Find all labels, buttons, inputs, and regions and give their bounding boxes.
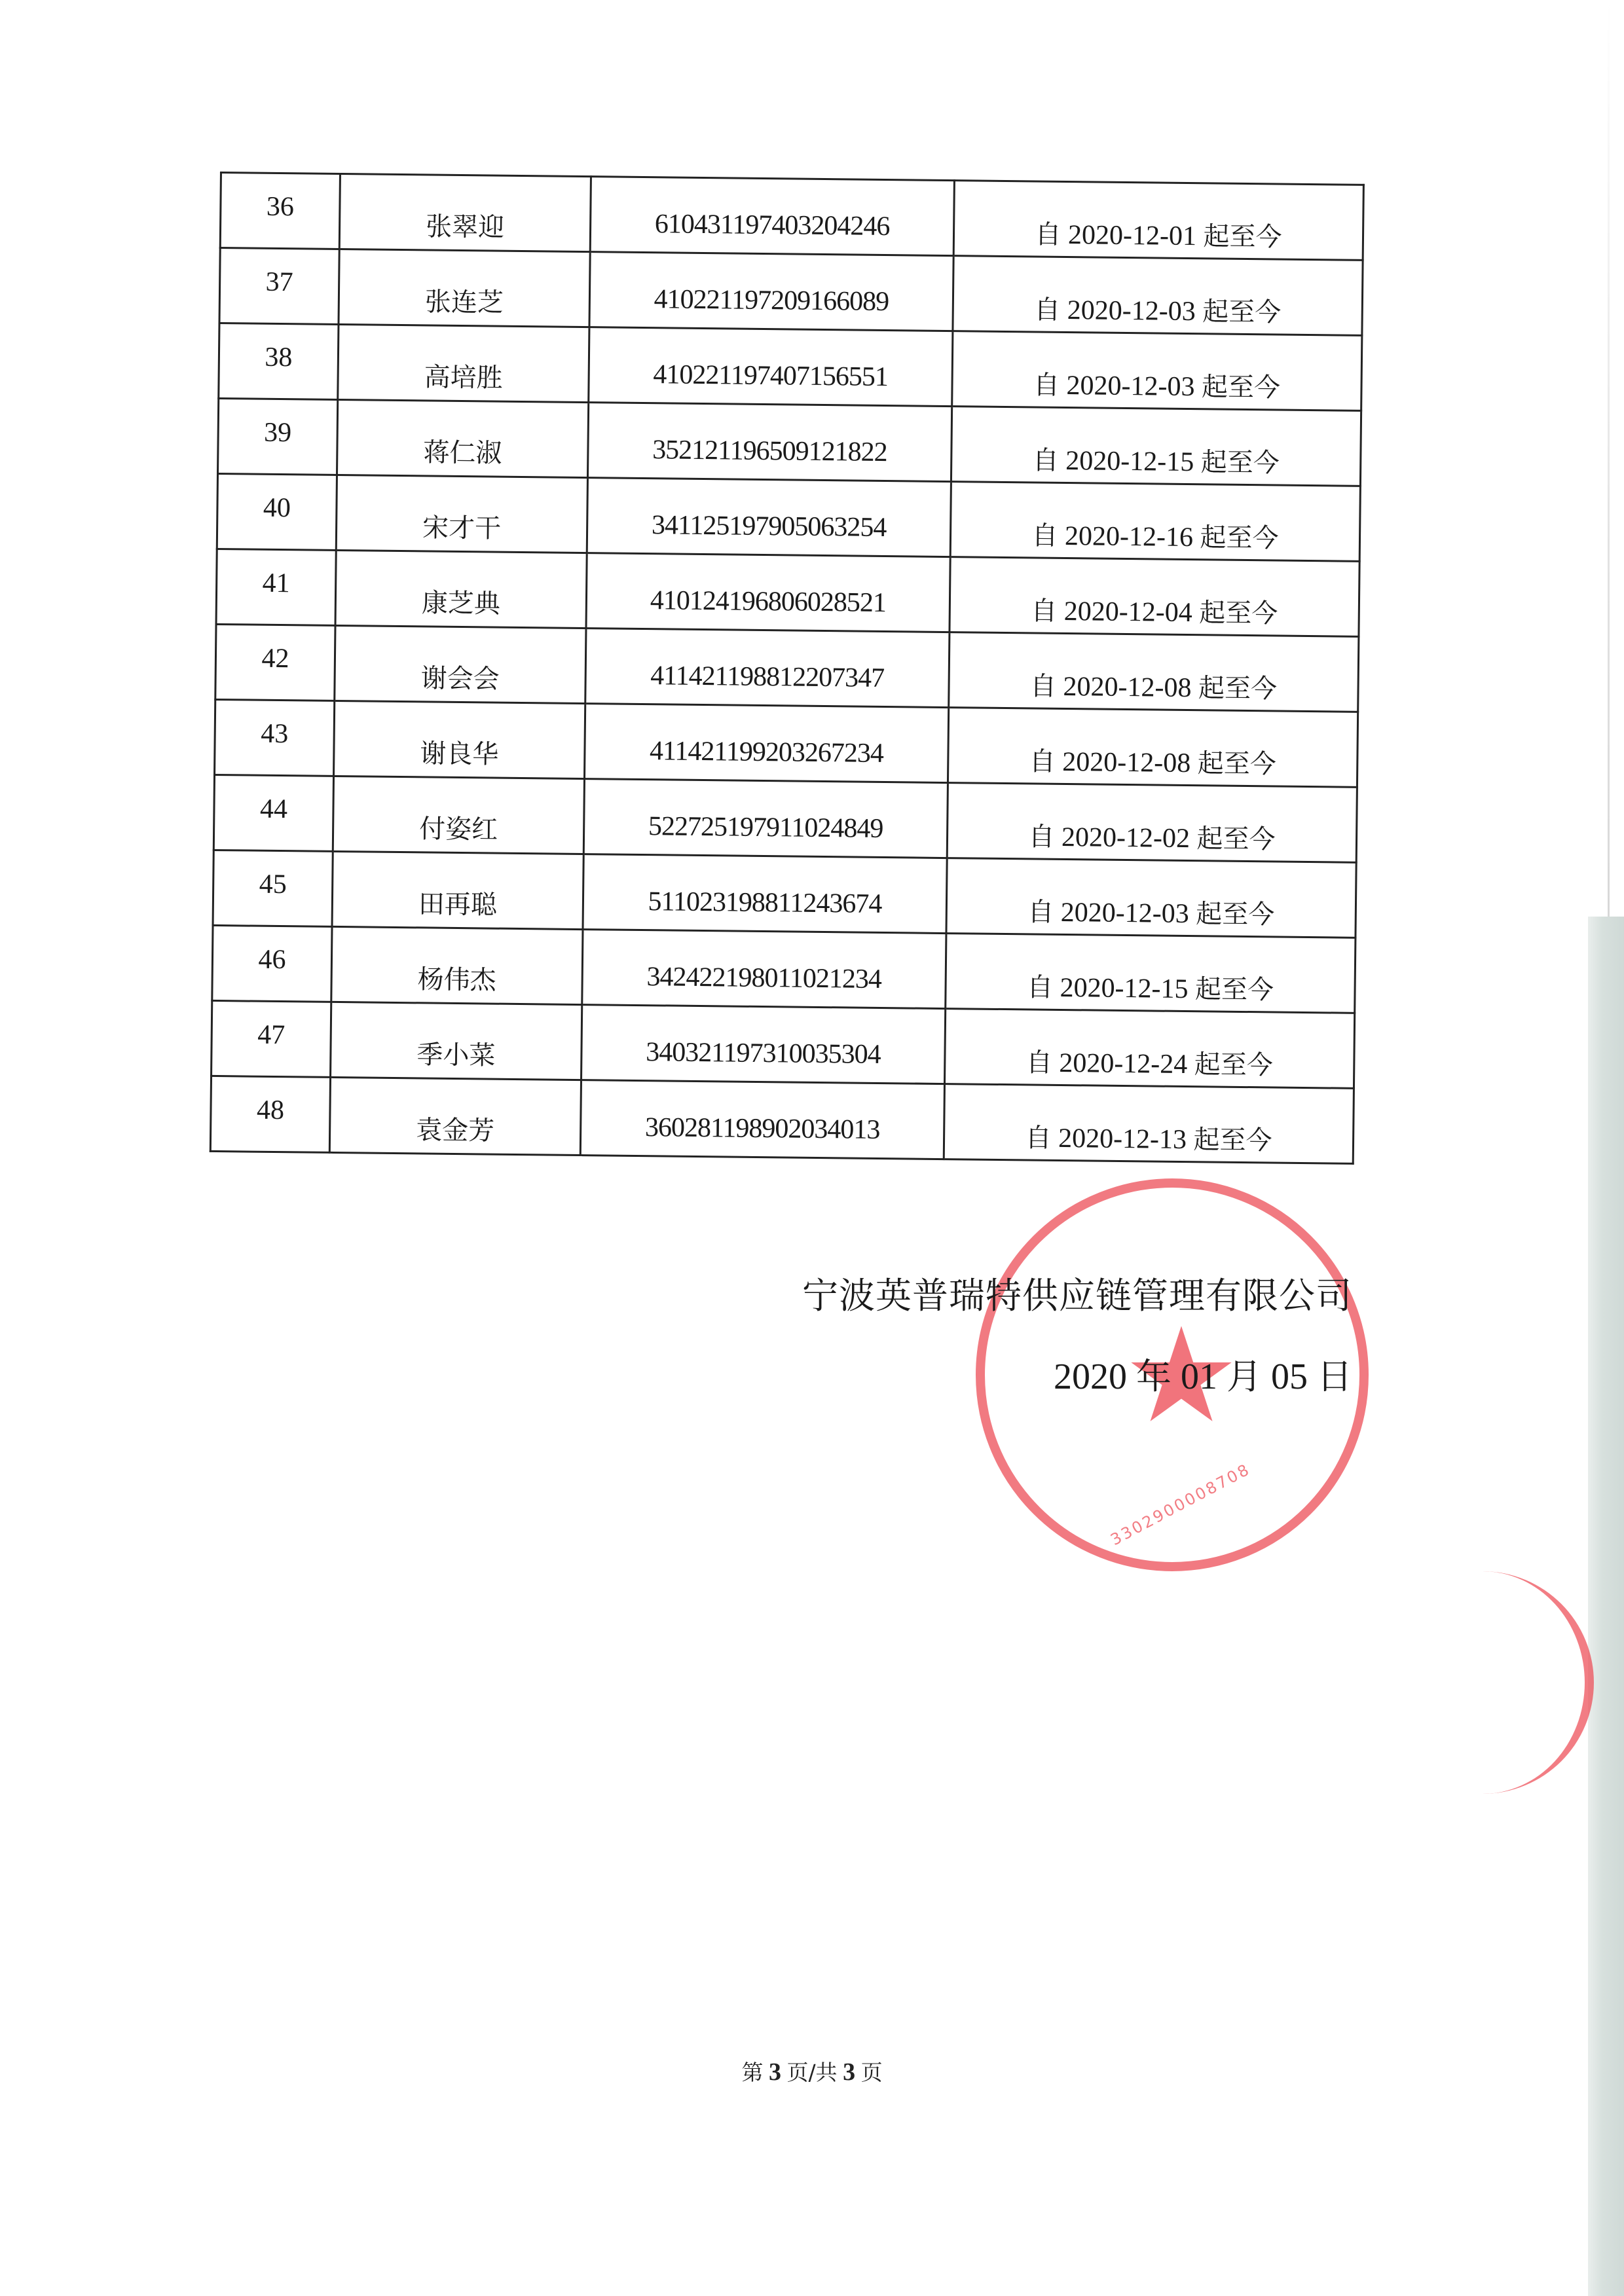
since-prefix: 自 (1030, 671, 1056, 701)
row-index: 37 (221, 266, 339, 299)
footer-suffix: 页 (861, 2060, 883, 2085)
employee-name: 田再聪 (333, 883, 583, 922)
since-suffix: 起至今 (1198, 748, 1276, 779)
since-prefix: 自 (1029, 746, 1056, 776)
since-suffix: 起至今 (1193, 1125, 1272, 1156)
id-number: 340321197310035304 (582, 1036, 944, 1071)
since-date: 2020-12-08 (1062, 747, 1190, 778)
since-suffix: 起至今 (1194, 1049, 1273, 1080)
since-date: 2020-12-02 (1061, 822, 1190, 854)
row-index-cell: 36 (220, 173, 340, 249)
row-index-cell: 44 (213, 774, 333, 851)
employee-name-cell: 谢会会 (335, 625, 586, 703)
employee-name: 季小菜 (331, 1033, 581, 1073)
employee-name-cell: 季小菜 (331, 1002, 582, 1080)
signature-date: 2020 年 01 月 05 日 (1054, 1349, 1352, 1399)
employee-name: 张翠迎 (341, 205, 590, 245)
employee-name-cell: 张连芝 (339, 249, 590, 327)
since-date: 2020-12-01 (1068, 220, 1196, 251)
id-number: 342422198011021234 (583, 960, 944, 996)
employment-since: 自 2020-12-03 起至今 (954, 288, 1362, 330)
employment-since: 自 2020-12-03 起至今 (948, 890, 1356, 932)
employee-name-cell: 蒋仁淑 (337, 399, 588, 477)
row-index: 38 (220, 341, 338, 374)
date-day-unit: 日 (1317, 1356, 1352, 1397)
since-prefix: 自 (1033, 445, 1059, 475)
row-index-cell: 47 (212, 1000, 331, 1077)
employment-since-cell: 自 2020-12-15 起至今 (946, 934, 1356, 1013)
since-date: 2020-12-03 (1061, 898, 1189, 929)
employee-name: 袁金芳 (331, 1108, 580, 1148)
footer-middle: 页/共 (786, 2060, 837, 2085)
date-month: 01 (1181, 1357, 1217, 1397)
id-number: 511023198811243674 (584, 885, 946, 920)
row-index-cell: 48 (210, 1076, 330, 1152)
row-index-cell: 42 (215, 624, 335, 701)
employment-since-cell: 自 2020-12-15 起至今 (951, 407, 1361, 486)
row-index: 45 (214, 868, 332, 901)
row-index: 40 (218, 492, 336, 524)
row-index-cell: 39 (218, 398, 338, 475)
employment-since: 自 2020-12-08 起至今 (950, 665, 1357, 706)
id-number-cell: 411421199203267234 (584, 704, 948, 783)
employee-table: 36 张翠迎 610431197403204246 自 2020-12-01 起… (210, 172, 1365, 1165)
id-number-cell: 352121196509121822 (587, 403, 951, 482)
since-prefix: 自 (1034, 295, 1060, 325)
since-date: 2020-12-13 (1058, 1123, 1187, 1155)
row-index-cell: 46 (212, 925, 332, 1002)
since-prefix: 自 (1026, 1048, 1052, 1078)
id-number-cell: 410124196806028521 (586, 553, 950, 632)
since-date: 2020-12-03 (1067, 295, 1196, 327)
footer-total-pages: 3 (843, 2058, 855, 2086)
table-row: 38 高培胜 410221197407156551 自 2020-12-03 起… (219, 323, 1362, 411)
employment-since: 自 2020-12-08 起至今 (949, 740, 1357, 782)
row-index-cell: 38 (219, 323, 339, 400)
since-suffix: 起至今 (1196, 899, 1274, 930)
employment-since-cell: 自 2020-12-04 起至今 (950, 557, 1359, 637)
employment-since-cell: 自 2020-12-16 起至今 (950, 482, 1360, 562)
since-suffix: 起至今 (1202, 297, 1281, 327)
row-index: 43 (215, 718, 333, 750)
id-number-cell: 610431197403204246 (590, 177, 954, 256)
employee-name: 谢良华 (335, 732, 584, 772)
row-index: 47 (212, 1019, 330, 1051)
table-row: 43 谢良华 411421199203267234 自 2020-12-08 起… (215, 699, 1358, 787)
table-row: 45 田再聪 511023198811243674 自 2020-12-03 起… (213, 850, 1356, 938)
row-index-cell: 43 (215, 699, 335, 776)
since-prefix: 自 (1027, 897, 1054, 927)
row-index: 46 (213, 943, 331, 976)
employee-name: 付姿红 (334, 807, 583, 847)
row-index-cell: 45 (213, 850, 333, 926)
scan-edge-artifact (1588, 917, 1624, 2296)
id-number: 522725197911024849 (585, 810, 946, 845)
table-row: 36 张翠迎 610431197403204246 自 2020-12-01 起… (220, 173, 1363, 261)
employee-name: 康芝典 (337, 581, 586, 621)
employment-since-cell: 自 2020-12-01 起至今 (953, 181, 1363, 261)
employment-since: 自 2020-12-15 起至今 (952, 439, 1360, 481)
id-number-cell: 511023198811243674 (583, 854, 947, 934)
row-index-cell: 37 (219, 248, 339, 325)
since-suffix: 起至今 (1200, 522, 1278, 553)
employment-since: 自 2020-12-16 起至今 (951, 514, 1359, 556)
row-index-cell: 41 (216, 549, 336, 625)
row-index: 44 (215, 793, 333, 826)
employee-name: 宋才干 (337, 506, 587, 546)
since-date: 2020-12-15 (1065, 446, 1194, 477)
date-year: 2020 (1054, 1357, 1127, 1397)
since-prefix: 自 (1033, 370, 1060, 400)
company-name: 宁波英普瑞特供应链管理有限公司 (802, 1267, 1352, 1319)
employment-since-cell: 自 2020-12-24 起至今 (944, 1009, 1354, 1089)
since-date: 2020-12-04 (1064, 596, 1192, 628)
employee-name-cell: 高培胜 (338, 324, 589, 402)
employee-name-cell: 袁金芳 (329, 1077, 581, 1155)
since-prefix: 自 (1031, 520, 1058, 551)
since-date: 2020-12-24 (1059, 1048, 1187, 1080)
employee-name-cell: 付姿红 (333, 776, 584, 854)
employment-since-cell: 自 2020-12-08 起至今 (948, 708, 1357, 788)
employee-name-cell: 田再聪 (332, 851, 583, 929)
since-date: 2020-12-15 (1060, 973, 1188, 1004)
table-row: 40 宋才干 341125197905063254 自 2020-12-16 起… (217, 473, 1360, 561)
since-suffix: 起至今 (1198, 673, 1277, 704)
employee-table-container: 36 张翠迎 610431197403204246 自 2020-12-01 起… (210, 172, 1363, 1165)
since-suffix: 起至今 (1202, 372, 1280, 403)
employment-since: 自 2020-12-13 起至今 (945, 1116, 1353, 1158)
employment-since-cell: 自 2020-12-03 起至今 (953, 256, 1363, 336)
id-number-cell: 411421198812207347 (585, 629, 950, 708)
since-prefix: 自 (1027, 972, 1053, 1002)
table-row: 46 杨伟杰 342422198011021234 自 2020-12-15 起… (212, 925, 1356, 1013)
table-row: 48 袁金芳 360281198902034013 自 2020-12-13 起… (210, 1076, 1354, 1163)
since-date: 2020-12-03 (1066, 371, 1194, 402)
id-number: 410221197407156551 (589, 358, 951, 393)
date-year-unit: 年 (1136, 1356, 1172, 1397)
seal-registration-number: 3302900008708 (1107, 1460, 1253, 1549)
employee-name-cell: 康芝典 (335, 550, 587, 628)
partial-seal-stamp (1401, 1571, 1594, 1794)
since-suffix: 起至今 (1199, 598, 1278, 629)
since-suffix: 起至今 (1196, 824, 1275, 854)
employee-name: 张连芝 (340, 280, 589, 320)
row-index: 48 (212, 1094, 329, 1127)
id-number-cell: 410221197209166089 (589, 252, 953, 331)
employment-since: 自 2020-12-03 起至今 (953, 363, 1361, 405)
id-number: 352121196509121822 (589, 433, 950, 469)
id-number: 610431197403204246 (591, 208, 953, 243)
employee-name-cell: 杨伟杰 (331, 926, 583, 1004)
id-number-cell: 342422198011021234 (582, 930, 946, 1009)
date-day: 05 (1271, 1357, 1308, 1397)
table-row: 39 蒋仁淑 352121196509121822 自 2020-12-15 起… (218, 398, 1361, 486)
employment-since: 自 2020-12-04 起至今 (951, 589, 1359, 631)
since-prefix: 自 (1031, 596, 1057, 626)
employee-name-cell: 宋才干 (336, 475, 587, 553)
id-number-cell: 522725197911024849 (583, 779, 948, 858)
row-index-cell: 40 (217, 473, 337, 550)
id-number-cell: 340321197310035304 (581, 1005, 946, 1084)
since-date: 2020-12-16 (1065, 521, 1193, 553)
table-row: 44 付姿红 522725197911024849 自 2020-12-02 起… (213, 774, 1357, 862)
date-month-unit: 月 (1227, 1356, 1262, 1397)
employee-name: 高培胜 (339, 355, 588, 395)
employee-name: 谢会会 (335, 657, 585, 697)
employee-name-cell: 谢良华 (334, 701, 585, 778)
since-date: 2020-12-08 (1063, 672, 1191, 703)
table-row: 42 谢会会 411421198812207347 自 2020-12-08 起… (215, 624, 1359, 712)
row-index: 36 (221, 191, 339, 223)
employee-name-cell: 张翠迎 (339, 173, 591, 251)
id-number-cell: 341125197905063254 (587, 478, 951, 557)
id-number: 341125197905063254 (588, 509, 950, 544)
id-number-cell: 410221197407156551 (589, 327, 953, 407)
id-number: 411421198812207347 (586, 659, 948, 695)
since-prefix: 自 (1028, 822, 1054, 852)
employment-since: 自 2020-12-01 起至今 (955, 213, 1363, 255)
id-number-cell: 360281198902034013 (580, 1080, 944, 1159)
employment-since-cell: 自 2020-12-03 起至今 (946, 858, 1356, 938)
since-suffix: 起至今 (1195, 974, 1274, 1005)
footer-prefix: 第 (741, 2060, 763, 2085)
id-number: 360281198902034013 (581, 1111, 943, 1146)
id-number: 410221197209166089 (591, 283, 952, 318)
since-suffix: 起至今 (1201, 447, 1280, 478)
table-row: 41 康芝典 410124196806028521 自 2020-12-04 起… (216, 549, 1359, 636)
employment-since-cell: 自 2020-12-13 起至今 (944, 1084, 1354, 1164)
employment-since-cell: 自 2020-12-08 起至今 (949, 632, 1359, 712)
employee-table-body: 36 张翠迎 610431197403204246 自 2020-12-01 起… (210, 173, 1363, 1164)
row-index: 42 (217, 642, 335, 675)
page-footer: 第 3 页/共 3 页 (0, 2056, 1624, 2086)
row-index: 39 (219, 416, 337, 449)
since-suffix: 起至今 (1203, 221, 1282, 252)
id-number: 410124196806028521 (587, 584, 949, 619)
employment-since: 自 2020-12-02 起至今 (948, 815, 1356, 857)
employee-name: 蒋仁淑 (338, 431, 587, 471)
since-prefix: 自 (1025, 1123, 1051, 1153)
employment-since-cell: 自 2020-12-03 起至今 (952, 331, 1362, 411)
id-number: 411421199203267234 (585, 735, 947, 770)
employment-since: 自 2020-12-15 起至今 (946, 966, 1354, 1008)
employee-name: 杨伟杰 (332, 958, 581, 998)
footer-current-page: 3 (769, 2058, 781, 2086)
table-row: 47 季小菜 340321197310035304 自 2020-12-24 起… (212, 1000, 1355, 1088)
since-prefix: 自 (1035, 219, 1061, 249)
employment-since-cell: 自 2020-12-02 起至今 (947, 783, 1357, 863)
employment-since: 自 2020-12-24 起至今 (946, 1041, 1354, 1083)
table-row: 37 张连芝 410221197209166089 自 2020-12-03 起… (219, 248, 1363, 336)
row-index: 41 (217, 567, 335, 600)
